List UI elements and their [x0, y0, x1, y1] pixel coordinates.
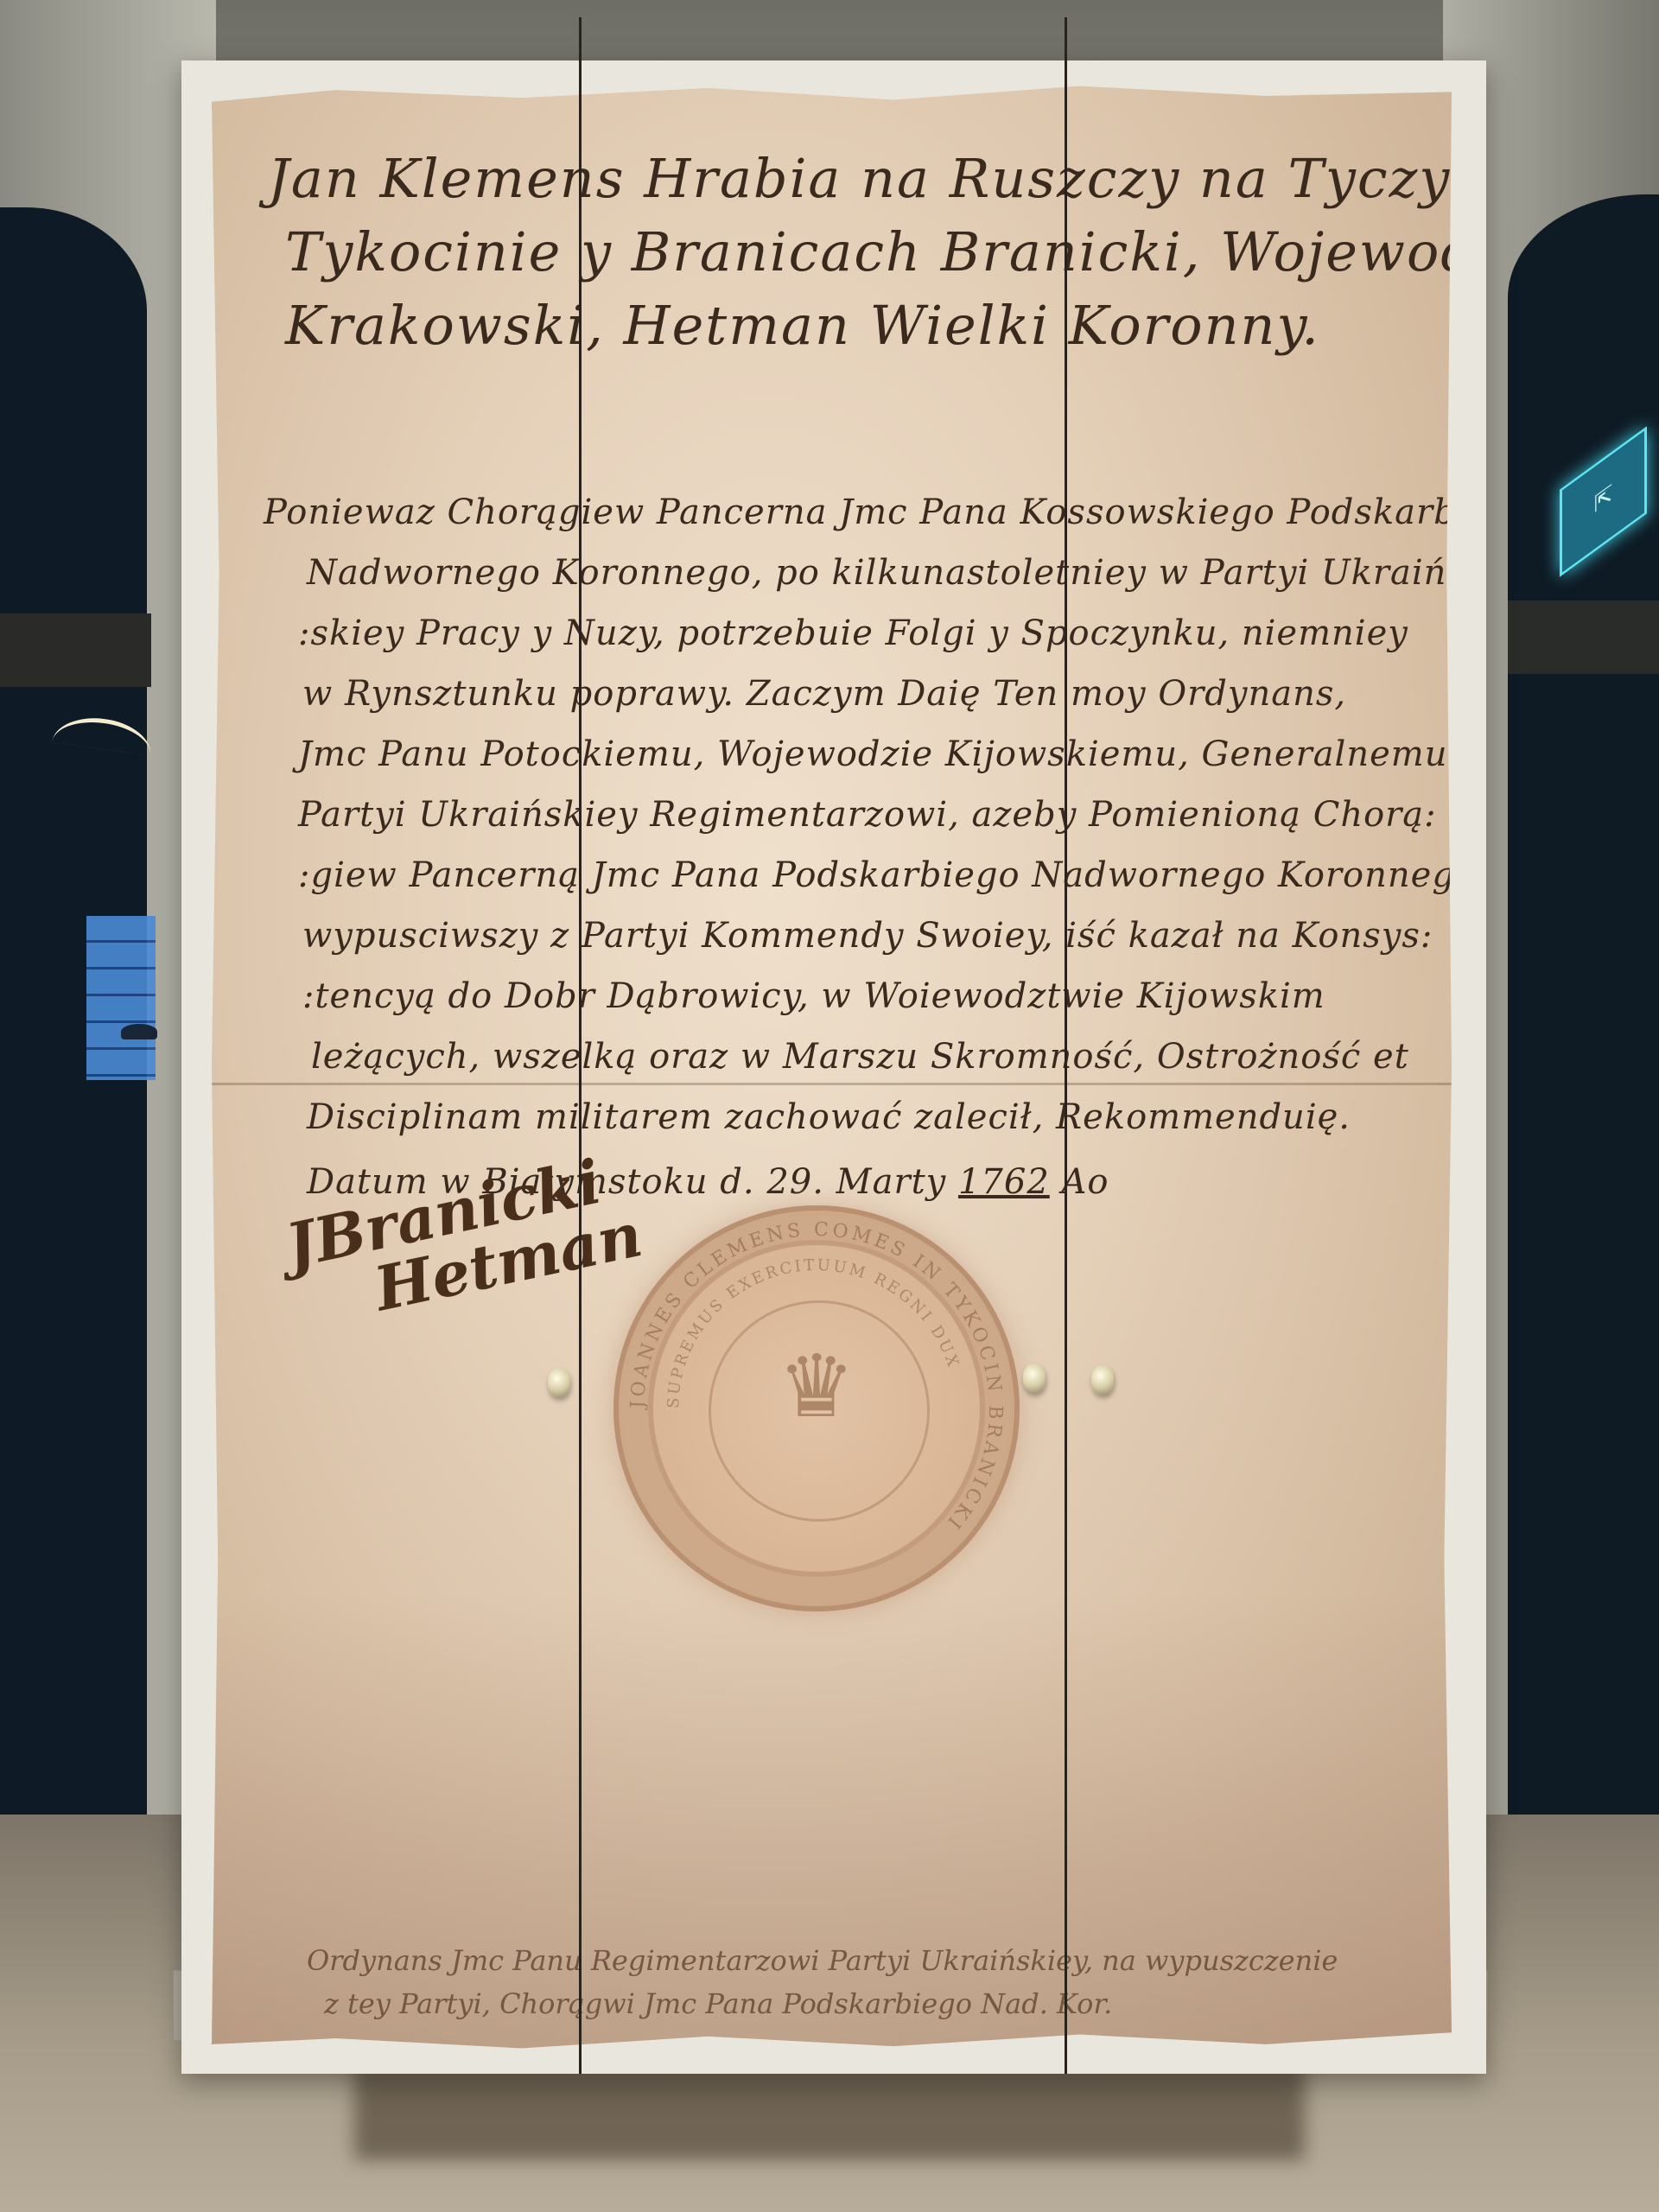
paper-shading	[212, 1594, 1452, 2052]
body-line-3: :skiey Pracy y Nuzy, potrzebuie Folgi y …	[298, 613, 1408, 653]
body-line-2: Nadwornego Koronnego, po kilkunastoletni…	[307, 553, 1459, 593]
right-beam	[1508, 601, 1659, 674]
header-line-3: Krakowski, Hetman Wielki Koronny.	[285, 294, 1320, 357]
body-line-10: leżących, wszelką oraz w Marszu Skromnoś…	[311, 1037, 1409, 1077]
body-line-8: wypusciwszy z Partyi Kommendy Swoiey, iś…	[302, 916, 1433, 956]
body-line-6: Partyi Ukraińskiey Regimentarzowi, azeby…	[298, 795, 1437, 835]
window-reflection	[86, 916, 156, 1080]
footer-line-2: z tey Partyi, Chorągwi Jmc Pana Podskarb…	[324, 1987, 1112, 2020]
manuscript-document: Jan Klemens Hrabia na Ruszczy na Tyczyni…	[212, 82, 1452, 2052]
body-line-5: Jmc Panu Potockiemu, Wojewodzie Kijowski…	[298, 734, 1447, 774]
cabinet-shadow	[354, 2065, 1305, 2160]
panel-seam-left	[579, 17, 582, 2074]
body-line-7: :giew Pancerną Jmc Pana Podskarbiego Nad…	[298, 855, 1489, 895]
body-line-11: Disciplinam militarem zachować zalecił, …	[307, 1097, 1351, 1137]
body-line-9: :tencyą do Dobr Dąbrowicy, w Woiewodztwi…	[302, 976, 1325, 1016]
cabinet-knob-right[interactable]	[1091, 1365, 1114, 1395]
cabinet-knob-left[interactable]	[548, 1368, 570, 1397]
paper-fold-line	[212, 1083, 1452, 1085]
coat-of-arms-icon: ♛	[765, 1335, 868, 1439]
date-year: 1762	[958, 1162, 1050, 1202]
header-line-1: Jan Klemens Hrabia na Ruszczy na Tyczyni…	[268, 147, 1540, 210]
body-line-1: Poniewaz Chorągiew Pancerna Jmc Pana Kos…	[264, 493, 1535, 532]
embossed-seal: JOANNES CLEMENS COMES IN TYKOCIN BRANICK…	[613, 1205, 1020, 1611]
panel-seam-right	[1065, 17, 1067, 2074]
lampshade-silhouette	[121, 1024, 157, 1039]
footer-line-1: Ordynans Jmc Panu Regimentarzowi Partyi …	[307, 1944, 1338, 1977]
cabinet-knob-center[interactable]	[1023, 1363, 1046, 1393]
date-suffix: Ao	[1061, 1162, 1109, 1202]
header-line-2: Tykocinie y Branicach Branicki, Wojewoda	[285, 220, 1510, 283]
body-line-4: w Rynsztunku poprawy. Zaczym Daię Ten mo…	[302, 674, 1346, 714]
left-beam	[0, 613, 151, 687]
